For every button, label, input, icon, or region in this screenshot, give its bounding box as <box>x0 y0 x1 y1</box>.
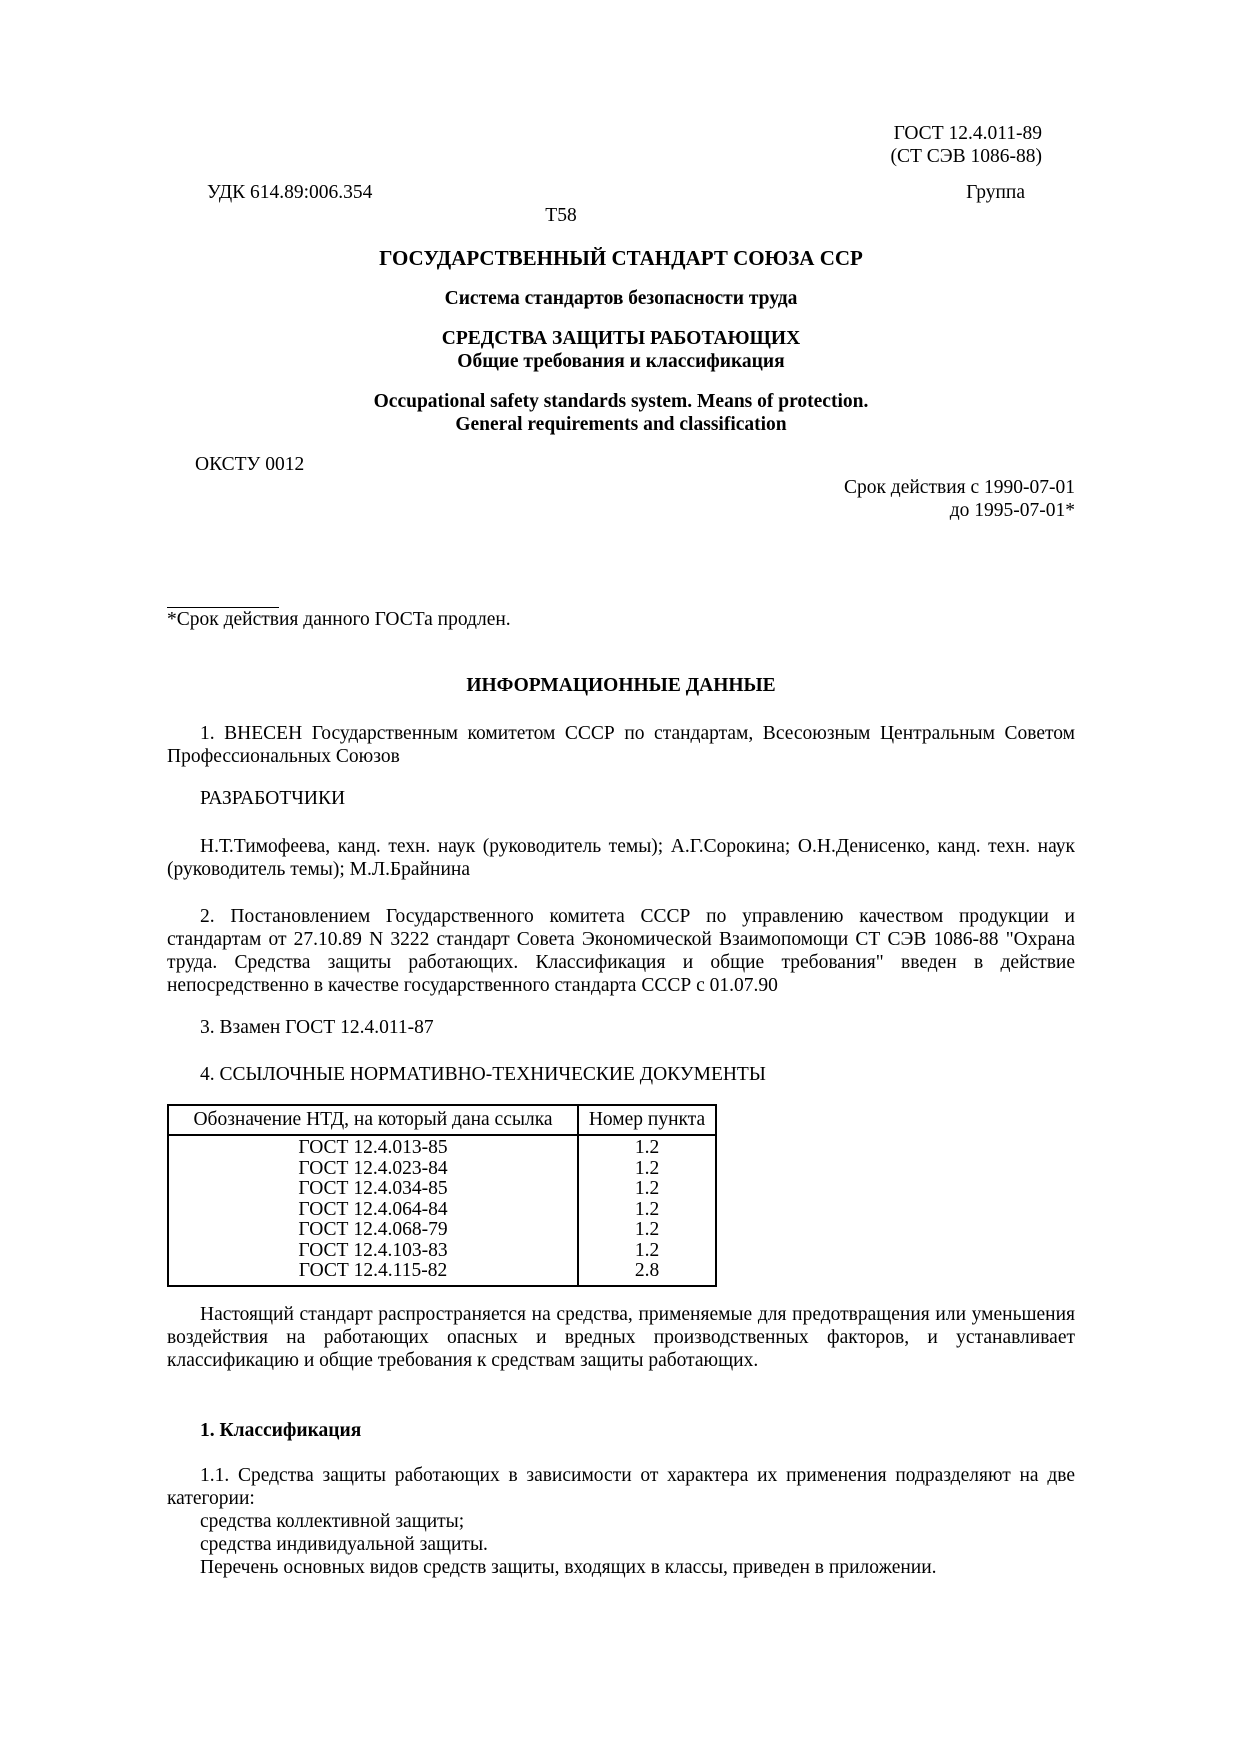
table-row: ГОСТ 12.4.103-83 1.2 <box>168 1241 716 1262</box>
section1-heading: 1. Классификация <box>167 1419 1075 1442</box>
title-english: Occupational safety standards system. Me… <box>167 390 1075 436</box>
list-item-collective: средства коллективной защиты; <box>167 1510 1075 1533</box>
table-header-designation: Обозначение НТД, на который дана ссылка <box>168 1105 578 1135</box>
table-header-row: Обозначение НТД, на который дана ссылка … <box>168 1105 716 1135</box>
table-cell-item-number: 1.2 <box>578 1135 716 1159</box>
group-code: Т58 <box>167 204 955 227</box>
table-row: ГОСТ 12.4.023-84 1.2 <box>168 1159 716 1180</box>
table-cell-designation: ГОСТ 12.4.013-85 <box>168 1135 578 1159</box>
developers-heading: РАЗРАБОТЧИКИ <box>167 787 1075 810</box>
title-subject-line2: Общие требования и классификация <box>167 350 1075 373</box>
group-label: Группа <box>966 181 1075 204</box>
footnote-text: *Срок действия данного ГОСТа продлен. <box>167 608 1075 631</box>
section4-heading: 4. ССЫЛОЧНЫЕ НОРМАТИВНО-ТЕХНИЧЕСКИЕ ДОКУ… <box>167 1063 1075 1086</box>
table-cell-designation: ГОСТ 12.4.023-84 <box>168 1159 578 1180</box>
udk-code: УДК 614.89:006.354 <box>167 181 372 204</box>
table-row: ГОСТ 12.4.064-84 1.2 <box>168 1200 716 1221</box>
table-cell-item-number: 1.2 <box>578 1241 716 1262</box>
validity-from: Срок действия с 1990-07-01 <box>167 476 1075 499</box>
info-paragraph-1: 1. ВНЕСЕН Государственным комитетом СССР… <box>167 722 1075 768</box>
info-paragraph-3: 3. Взамен ГОСТ 12.4.011-87 <box>167 1016 1075 1039</box>
table-cell-designation: ГОСТ 12.4.068-79 <box>168 1220 578 1241</box>
table-row: ГОСТ 12.4.013-85 1.2 <box>168 1135 716 1159</box>
title-subject-line1: СРЕДСТВА ЗАЩИТЫ РАБОТАЮЩИХ <box>167 327 1075 350</box>
title-subject: СРЕДСТВА ЗАЩИТЫ РАБОТАЮЩИХ Общие требова… <box>167 327 1075 373</box>
list-item-individual: средства индивидуальной защиты. <box>167 1533 1075 1556</box>
table-row: ГОСТ 12.4.034-85 1.2 <box>168 1179 716 1200</box>
table-row: ГОСТ 12.4.115-82 2.8 <box>168 1261 716 1286</box>
reference-documents-table: Обозначение НТД, на который дана ссылка … <box>167 1104 717 1287</box>
table-header-item-number: Номер пункта <box>578 1105 716 1135</box>
info-data-heading: ИНФОРМАЦИОННЫЕ ДАННЫЕ <box>167 674 1075 697</box>
paragraph-1-1: 1.1. Средства защиты работающих в зависи… <box>167 1464 1075 1510</box>
table-cell-item-number: 2.8 <box>578 1261 716 1286</box>
table-cell-designation: ГОСТ 12.4.103-83 <box>168 1241 578 1262</box>
standard-designation-line1: ГОСТ 12.4.011-89 <box>167 122 1042 145</box>
standard-designation: ГОСТ 12.4.011-89 (СТ СЭВ 1086-88) <box>167 122 1042 168</box>
validity-period: Срок действия с 1990-07-01 до 1995-07-01… <box>167 476 1075 522</box>
table-cell-item-number: 1.2 <box>578 1220 716 1241</box>
table-cell-designation: ГОСТ 12.4.115-82 <box>168 1261 578 1286</box>
list-note: Перечень основных видов средств защиты, … <box>167 1556 1075 1579</box>
table-cell-item-number: 1.2 <box>578 1159 716 1180</box>
title-system: Система стандартов безопасности труда <box>167 287 1075 310</box>
udk-group-row: УДК 614.89:006.354 Группа <box>167 181 1075 204</box>
validity-to: до 1995-07-01* <box>167 499 1075 522</box>
table-cell-designation: ГОСТ 12.4.034-85 <box>168 1179 578 1200</box>
document-page: ГОСТ 12.4.011-89 (СТ СЭВ 1086-88) УДК 61… <box>0 0 1240 1755</box>
okstu-code: ОКСТУ 0012 <box>167 453 1075 476</box>
title-main: ГОСУДАРСТВЕННЫЙ СТАНДАРТ СОЮЗА ССР <box>167 247 1075 270</box>
standard-designation-line2: (СТ СЭВ 1086-88) <box>167 145 1042 168</box>
info-paragraph-2: 2. Постановлением Государственного комит… <box>167 905 1075 997</box>
scope-paragraph: Настоящий стандарт распространяется на с… <box>167 1303 1075 1372</box>
table-cell-designation: ГОСТ 12.4.064-84 <box>168 1200 578 1221</box>
title-english-line1: Occupational safety standards system. Me… <box>167 390 1075 413</box>
developers-paragraph: Н.Т.Тимофеева, канд. техн. наук (руковод… <box>167 835 1075 881</box>
table-cell-item-number: 1.2 <box>578 1179 716 1200</box>
table-cell-item-number: 1.2 <box>578 1200 716 1221</box>
title-english-line2: General requirements and classification <box>167 413 1075 436</box>
table-row: ГОСТ 12.4.068-79 1.2 <box>168 1220 716 1241</box>
